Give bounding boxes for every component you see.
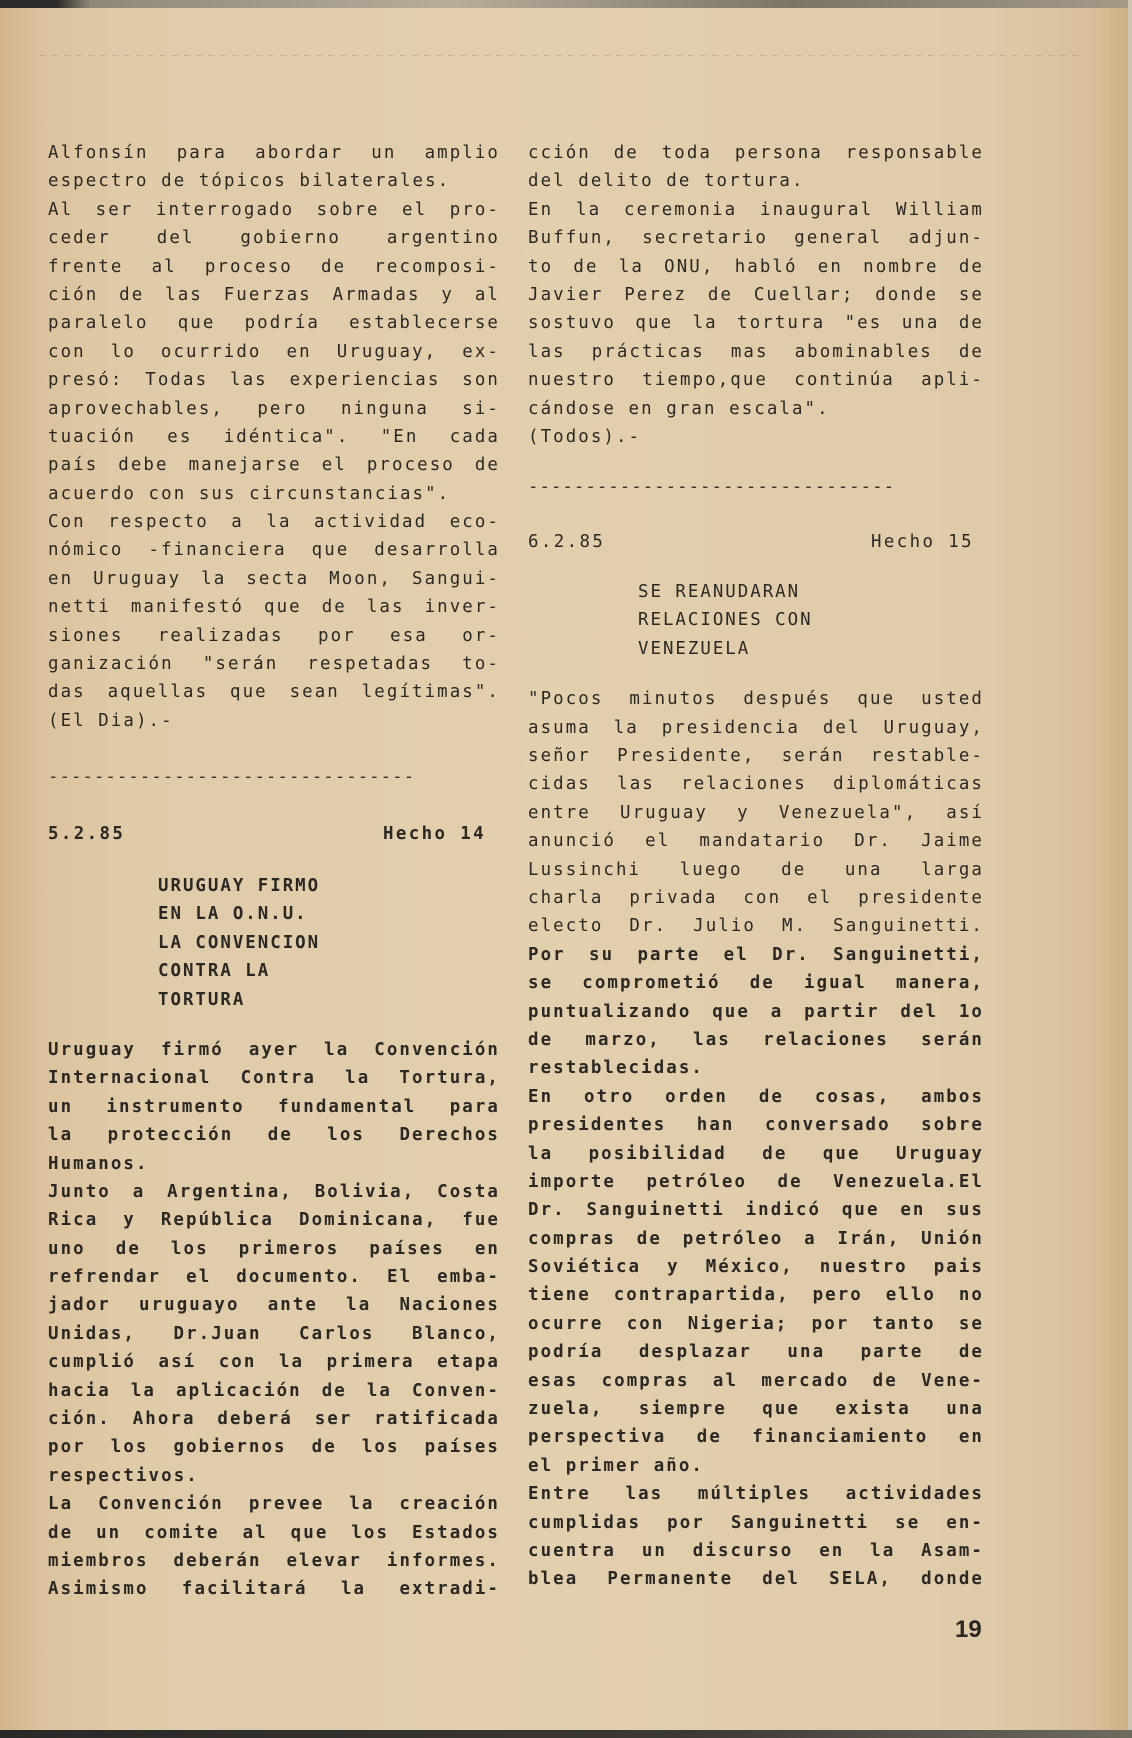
text-line: cidas las relaciones diplomáticas <box>528 770 984 798</box>
text-line: puntualizando que a partir del 1o <box>528 998 984 1026</box>
headline-line: CONTRA LA <box>158 957 500 985</box>
text-line: cándose en gran escala". <box>528 395 984 423</box>
event-header-14: 5.2.85 Hecho 14 <box>48 820 500 848</box>
text-line: charla privada con el presidente <box>528 884 984 912</box>
event-label: Hecho 15 <box>871 528 974 556</box>
headline-line: SE REANUDARAN <box>638 578 984 606</box>
text-line: tiene contrapartida, pero ello no <box>528 1281 984 1309</box>
text-line: siones realizadas por esa or- <box>48 622 500 650</box>
left-column: Alfonsín para abordar un amplio espectro… <box>48 139 500 1604</box>
text-line: Junto a Argentina, Bolivia, Costa <box>48 1178 500 1206</box>
text-line: refrendar el documento. El emba- <box>48 1263 500 1291</box>
text-line: presó: Todas las experiencias son <box>48 366 500 394</box>
text-line: nómico -financiera que desarrolla <box>48 536 500 564</box>
text-line: presidentes han conversado sobre <box>528 1111 984 1139</box>
text-line: ción de las Fuerzas Armadas y al <box>48 281 500 309</box>
scan-right-edge <box>1128 0 1132 1738</box>
spacer <box>528 556 984 578</box>
text-line: de marzo, las relaciones serán <box>528 1026 984 1054</box>
text-line: frente al proceso de recomposi- <box>48 253 500 281</box>
headline-14: URUGUAY FIRMO EN LA O.N.U. LA CONVENCION… <box>48 872 500 1014</box>
text-line: Asimismo facilitará la extradi- <box>48 1575 500 1603</box>
faint-header-rule <box>40 55 1080 56</box>
event-14-body: Uruguay firmó ayer la Convención Interna… <box>48 1036 500 1604</box>
text-line: acuerdo con sus circunstancias". <box>48 480 500 508</box>
text-line: país debe manejarse el proceso de <box>48 451 500 479</box>
text-line: un instrumento fundamental para <box>48 1093 500 1121</box>
text-line: Internacional Contra la Tortura, <box>48 1064 500 1092</box>
event-header-15: 6.2.85 Hecho 15 <box>528 528 984 556</box>
headline-line: URUGUAY FIRMO <box>158 872 500 900</box>
text-line: miembros deberán elevar informes. <box>48 1547 500 1575</box>
event-14-continued: cción de toda persona responsable del de… <box>528 139 984 451</box>
text-line: blea Permanente del SELA, donde <box>528 1565 984 1593</box>
headline-line: LA CONVENCION <box>158 929 500 957</box>
text-line: la posibilidad de que Uruguay <box>528 1140 984 1168</box>
event-15-body: "Pocos minutos después que usted asuma l… <box>528 685 984 941</box>
text-line: Rica y República Dominicana, fue <box>48 1206 500 1234</box>
text-line: La Convención prevee la creación <box>48 1490 500 1518</box>
text-line: cumplió así con la primera etapa <box>48 1348 500 1376</box>
spacer <box>528 502 984 528</box>
text-line: Por su parte el Dr. Sanguinetti, <box>528 941 984 969</box>
headline-line: RELACIONES CON <box>638 606 984 634</box>
text-line: del delito de tortura. <box>528 167 984 195</box>
text-line: Humanos. <box>48 1150 500 1178</box>
text-line: Dr. Sanguinetti indicó que en sus <box>528 1196 984 1224</box>
text-line: Soviética y México, nuestro pais <box>528 1253 984 1281</box>
event-15-body-bold: Por su parte el Dr. Sanguinetti, se comp… <box>528 941 984 1594</box>
spacer <box>528 451 984 473</box>
event-date: 6.2.85 <box>528 528 605 556</box>
scan-top-edge <box>0 0 1132 8</box>
section-divider: -------------------------------- <box>48 763 500 791</box>
text-line: de un comite al que los Estados <box>48 1519 500 1547</box>
text-line: En la ceremonia inaugural William <box>528 196 984 224</box>
text-line: to de la ONU, habló en nombre de <box>528 253 984 281</box>
source-credit: (Todos).- <box>528 423 984 451</box>
text-line: anunció el mandatario Dr. Jaime <box>528 827 984 855</box>
text-line: señor Presidente, serán restable- <box>528 742 984 770</box>
spacer <box>48 1014 500 1036</box>
text-line: aprovechables, pero ninguna si- <box>48 395 500 423</box>
text-line: netti manifestó que de las inver- <box>48 593 500 621</box>
text-line: uno de los primeros países en <box>48 1235 500 1263</box>
text-line: perspectiva de financiamiento en <box>528 1423 984 1451</box>
text-line: con lo ocurrido en Uruguay, ex- <box>48 338 500 366</box>
text-line: cción de toda persona responsable <box>528 139 984 167</box>
text-line: cumplidas por Sanguinetti se en- <box>528 1509 984 1537</box>
headline-line: VENEZUELA <box>638 635 984 663</box>
scan-bottom-edge <box>0 1730 1132 1738</box>
text-line: Entre las múltiples actividades <box>528 1480 984 1508</box>
text-line: Lussinchi luego de una larga <box>528 856 984 884</box>
text-line: ceder del gobierno argentino <box>48 224 500 252</box>
text-line: paralelo que podría establecerse <box>48 309 500 337</box>
text-line: Con respecto a la actividad eco- <box>48 508 500 536</box>
spacer <box>528 663 984 685</box>
text-line: esas compras al mercado de Vene- <box>528 1367 984 1395</box>
text-line: "Pocos minutos después que usted <box>528 685 984 713</box>
text-line: jador uruguayo ante la Naciones <box>48 1291 500 1319</box>
text-line: las prácticas mas abominables de <box>528 338 984 366</box>
text-line: Unidas, Dr.Juan Carlos Blanco, <box>48 1320 500 1348</box>
text-line: importe petróleo de Venezuela.El <box>528 1168 984 1196</box>
text-line: en Uruguay la secta Moon, Sangui- <box>48 565 500 593</box>
text-line: Alfonsín para abordar un amplio <box>48 139 500 167</box>
text-line: restablecidas. <box>528 1054 984 1082</box>
text-line: asuma la presidencia del Uruguay, <box>528 714 984 742</box>
text-line: das aquellas que sean legítimas". <box>48 678 500 706</box>
spacer <box>48 792 500 820</box>
text-line: Buffun, secretario general adjun- <box>528 224 984 252</box>
text-line: nuestro tiempo,que continúa apli- <box>528 366 984 394</box>
text-line: ganización "serán respetadas to- <box>48 650 500 678</box>
spacer <box>48 735 500 763</box>
right-column: cción de toda persona responsable del de… <box>528 139 984 1594</box>
text-line: Uruguay firmó ayer la Convención <box>48 1036 500 1064</box>
text-line: En otro orden de cosas, ambos <box>528 1083 984 1111</box>
text-line: Al ser interrogado sobre el pro- <box>48 196 500 224</box>
text-line: podría desplazar una parte de <box>528 1338 984 1366</box>
text-line: la protección de los Derechos <box>48 1121 500 1149</box>
text-line: hacia la aplicación de la Conven- <box>48 1377 500 1405</box>
text-line: Javier Perez de Cuellar; donde se <box>528 281 984 309</box>
event-label: Hecho 14 <box>383 820 486 848</box>
page-number: 19 <box>955 1616 982 1644</box>
text-line: espectro de tópicos bilaterales. <box>48 167 500 195</box>
section-divider: -------------------------------- <box>528 473 984 501</box>
text-line: se comprometió de igual manera, <box>528 969 984 997</box>
text-line: compras de petróleo a Irán, Unión <box>528 1225 984 1253</box>
text-line: electo Dr. Julio M. Sanguinetti. <box>528 912 984 940</box>
source-credit: (El Dia).- <box>48 707 500 735</box>
headline-line: TORTURA <box>158 986 500 1014</box>
text-line: entre Uruguay y Venezuela", así <box>528 799 984 827</box>
headline-15: SE REANUDARAN RELACIONES CON VENEZUELA <box>528 578 984 663</box>
headline-line: EN LA O.N.U. <box>158 900 500 928</box>
text-line: ción. Ahora deberá ser ratificada <box>48 1405 500 1433</box>
spacer <box>48 848 500 872</box>
text-line: zuela, siempre que exista una <box>528 1395 984 1423</box>
continued-paragraph: Alfonsín para abordar un amplio espectro… <box>48 139 500 735</box>
text-line: el primer año. <box>528 1452 984 1480</box>
text-line: ocurre con Nigeria; por tanto se <box>528 1310 984 1338</box>
text-line: por los gobiernos de los países <box>48 1433 500 1461</box>
text-line: cuentra un discurso en la Asam- <box>528 1537 984 1565</box>
text-line: respectivos. <box>48 1462 500 1490</box>
text-line: sostuvo que la tortura "es una de <box>528 309 984 337</box>
text-line: tuación es idéntica". "En cada <box>48 423 500 451</box>
event-date: 5.2.85 <box>48 820 125 848</box>
